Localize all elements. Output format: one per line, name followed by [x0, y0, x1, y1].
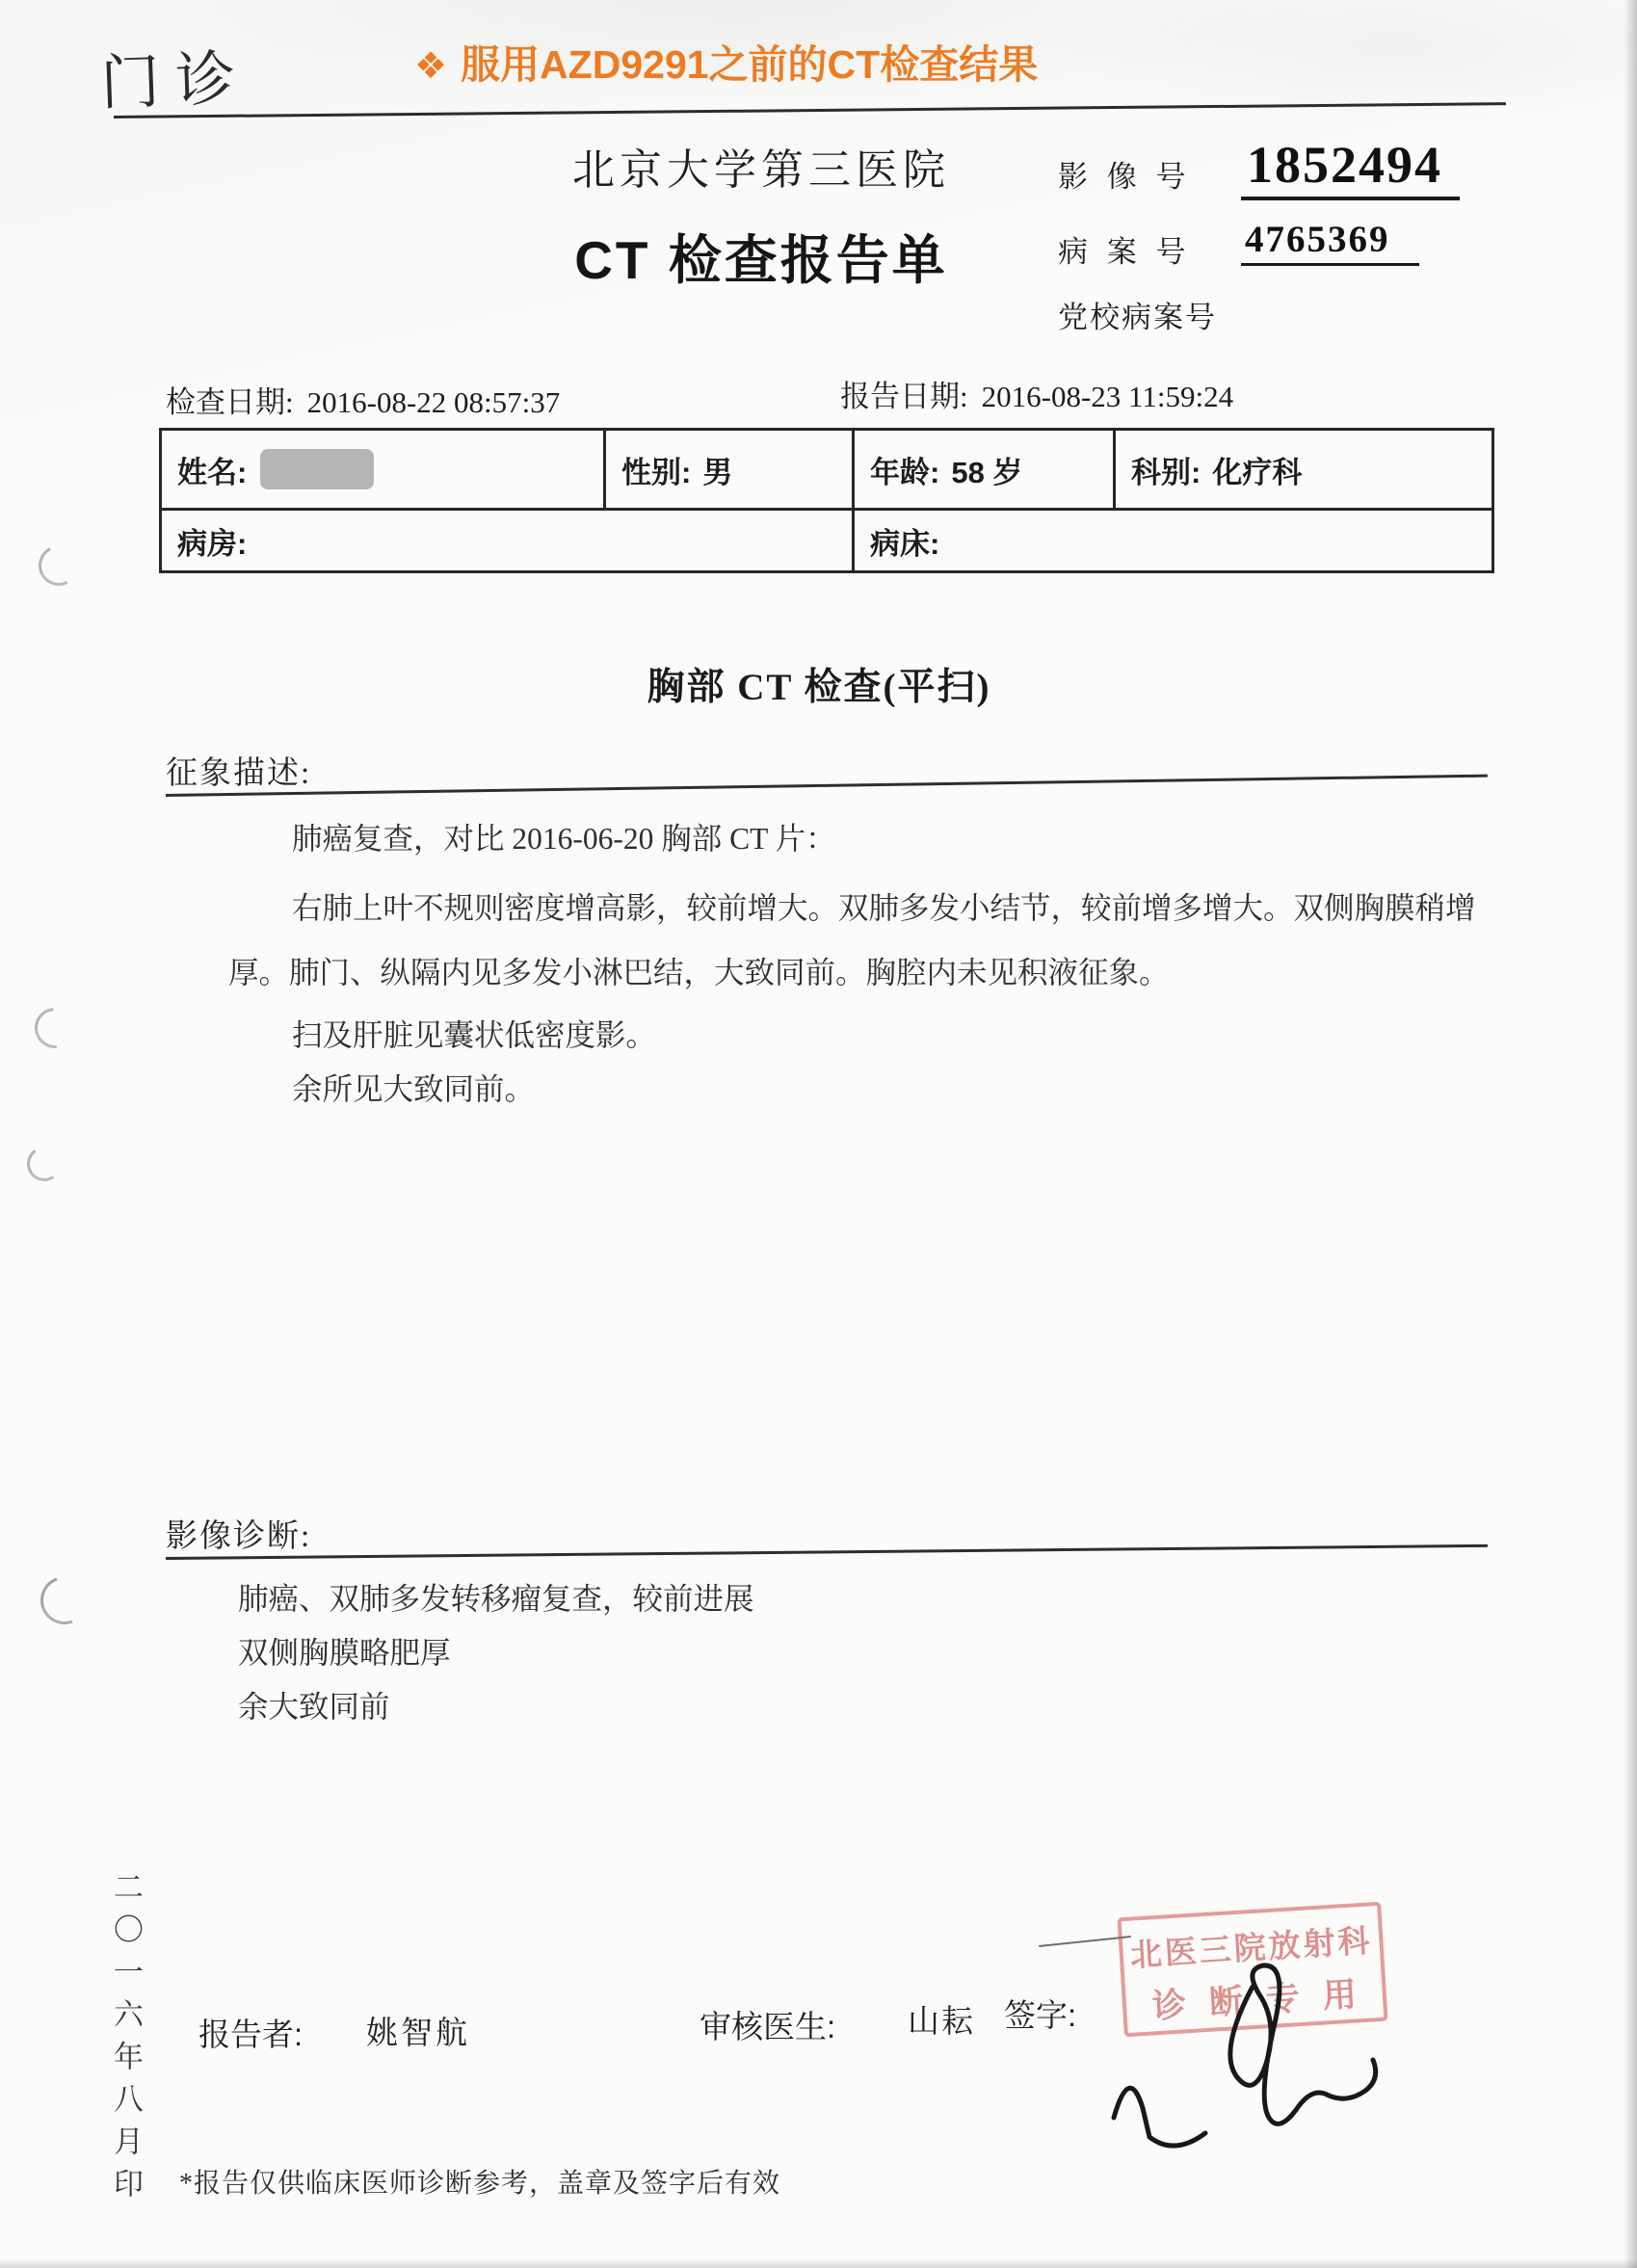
punch-hole-mark	[26, 999, 83, 1056]
age-cell: 年龄: 58 岁	[855, 431, 1116, 508]
exam-date-label: 检查日期:	[166, 385, 294, 419]
age-label: 年龄:	[870, 448, 939, 491]
case-number-label: 病 案 号	[1058, 227, 1192, 271]
annotation-banner: ❖服用AZD9291之前的CT检查结果	[414, 33, 1038, 90]
bed-label: 病床:	[870, 519, 939, 563]
patient-info-row-2: 病房: 病床:	[162, 511, 1492, 570]
image-number-label: 影 像 号	[1058, 152, 1192, 196]
gender-label: 性别:	[621, 448, 691, 491]
diamond-icon: ❖	[414, 46, 447, 87]
print-date-vertical: 二〇一六年八月印	[104, 1871, 147, 2268]
department-cell: 科别: 化疗科	[1116, 431, 1492, 508]
gender-value: 男	[702, 448, 732, 491]
ward-cell: 病房:	[162, 511, 855, 570]
handwritten-signature	[1087, 1946, 1414, 2187]
diagnosis-section-label: 影像诊断:	[166, 1511, 311, 1556]
patient-info-row-1: 姓名: 性别: 男 年龄: 58 岁 科别: 化疗科	[162, 431, 1492, 511]
ward-label: 病房:	[177, 519, 247, 563]
image-number-value: 1852494	[1241, 135, 1460, 200]
punch-hole-mark	[24, 1144, 65, 1184]
reviewer-name: 山耘	[908, 1996, 975, 2042]
visit-type-label: 门诊	[98, 30, 251, 120]
exam-title: 胸部 CT 检查(平扫)	[597, 657, 1041, 711]
name-redaction-block	[260, 449, 374, 489]
findings-line: 肺癌复查，对比 2016-06-20 胸部 CT 片：	[228, 812, 1505, 866]
header-divider-line	[114, 102, 1506, 119]
findings-line: 扫及肝脏见囊状低密度影。	[228, 1009, 1505, 1063]
scanned-ct-report-page: 门诊 ❖服用AZD9291之前的CT检查结果 北京大学第三医院 CT 检查报告单…	[0, 0, 1637, 2268]
hospital-name: 北京大学第三医院	[554, 135, 968, 197]
findings-section-label: 征象描述:	[166, 748, 311, 793]
punch-hole-mark	[34, 541, 85, 592]
reporter-label: 报告者:	[198, 2010, 303, 2055]
party-case-number-row: 党校病案号	[1058, 279, 1511, 355]
diagnosis-underline	[166, 1544, 1488, 1560]
exam-date: 检查日期:2016-08-22 08:57:37	[166, 378, 560, 421]
report-date-label: 报告日期:	[840, 380, 968, 413]
punch-hole-mark	[33, 1569, 96, 1632]
id-number-block: 影 像 号 1852494 病 案 号 4765369 党校病案号	[1058, 135, 1511, 355]
department-label: 科别:	[1131, 448, 1201, 491]
banner-title: 服用AZD9291之前的CT检查结果	[461, 42, 1038, 87]
scan-edge-shadow-right	[1624, 0, 1637, 2268]
report-date-value: 2016-08-23 11:59:24	[982, 380, 1233, 413]
footer-note: *报告仅供临床医师诊断参考，盖章及签字后有效	[179, 2162, 780, 2201]
findings-line: 余所见大致同前。	[228, 1063, 1505, 1117]
report-date: 报告日期:2016-08-23 11:59:24	[840, 372, 1233, 415]
findings-text: 肺癌复查，对比 2016-06-20 胸部 CT 片： 右肺上叶不规则密度增高影…	[228, 812, 1505, 1117]
diagnosis-line: 双侧胸膜略肥厚	[238, 1626, 1394, 1680]
reviewer-label: 审核医生:	[700, 2002, 835, 2047]
image-number-row: 影 像 号 1852494	[1058, 135, 1511, 210]
diagnosis-line: 肺癌、双肺多发转移瘤复查，较前进展	[238, 1572, 1394, 1626]
bed-cell: 病床:	[855, 511, 1492, 570]
sign-label: 签字:	[1004, 1991, 1076, 2036]
name-label: 姓名:	[177, 448, 247, 491]
diagnosis-text: 肺癌、双肺多发转移瘤复查，较前进展 双侧胸膜略肥厚 余大致同前	[238, 1572, 1394, 1734]
department-value: 化疗科	[1212, 448, 1302, 491]
diagnosis-line: 余大致同前	[238, 1680, 1394, 1734]
case-number-row: 病 案 号 4765369	[1058, 210, 1511, 279]
report-title: CT 检查报告单	[540, 218, 983, 294]
exam-date-value: 2016-08-22 08:57:37	[307, 385, 561, 419]
age-value: 58 岁	[951, 448, 1022, 491]
patient-info-table: 姓名: 性别: 男 年龄: 58 岁 科别: 化疗科 病房: 病床:	[159, 428, 1494, 573]
name-cell: 姓名:	[162, 431, 606, 508]
party-case-number-label: 党校病案号	[1058, 293, 1217, 336]
reporter-name: 姚智航	[366, 2008, 470, 2053]
scan-edge-shadow-bottom	[0, 2258, 1637, 2268]
gender-cell: 性别: 男	[606, 431, 855, 508]
findings-line: 右肺上叶不规则密度增高影，较前增大。双肺多发小结节，较前增多增大。双侧胸膜稍增厚…	[228, 876, 1505, 1005]
findings-underline	[166, 775, 1488, 797]
case-number-value: 4765369	[1241, 218, 1419, 266]
